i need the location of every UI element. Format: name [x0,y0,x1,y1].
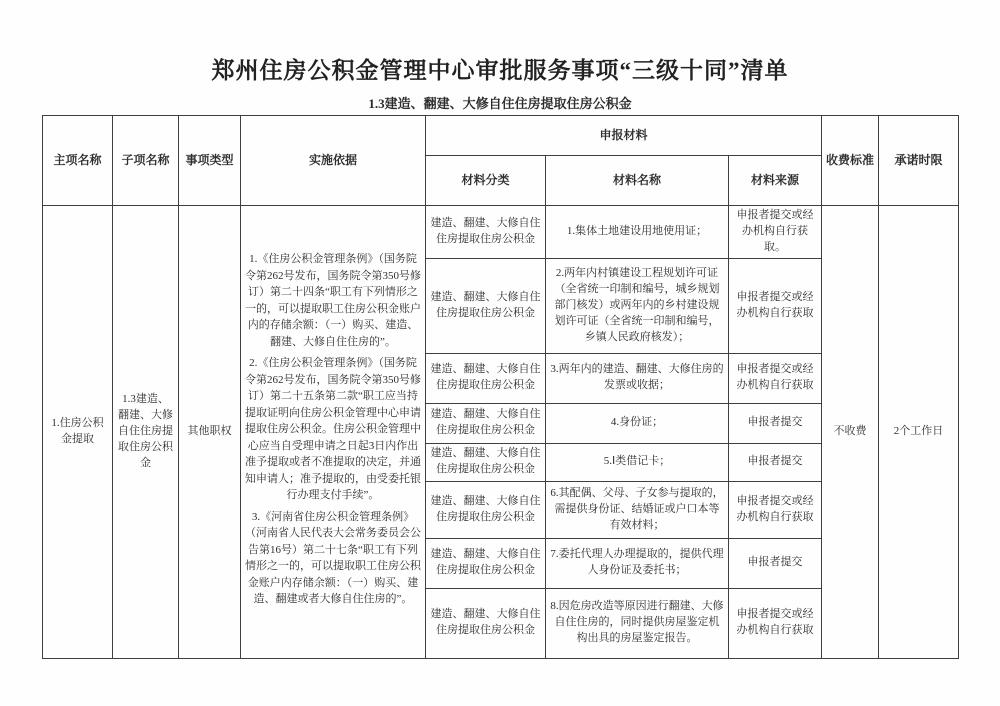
header-sub-item: 子项名称 [113,116,179,206]
material-category-cell: 建造、翻建、大修自住住房提取住房公积金 [426,403,546,443]
header-basis: 实施依据 [241,116,426,206]
document-page: 郑州住房公积金管理中心审批服务事项“三级十同”清单 1.3建造、翻建、大修自住住… [0,0,1000,706]
header-row-top: 主项名称 子项名称 事项类型 实施依据 申报材料 收费标准 承诺时限 [43,116,959,156]
material-name-cell: 4.身份证； [546,403,729,443]
time-limit-cell: 2个工作日 [879,206,959,659]
header-materials-group: 申报材料 [426,116,822,156]
main-item-cell: 1.住房公积金提取 [43,206,113,659]
material-row-1: 1.住房公积金提取 1.3建造、翻建、大修自住住房提取住房公积金 其他职权 1.… [43,206,959,259]
material-source-cell: 申报者提交 [729,538,822,588]
material-category-cell: 建造、翻建、大修自住住房提取住房公积金 [426,481,546,538]
item-type-cell: 其他职权 [179,206,241,659]
material-source-cell: 申报者提交或经办机构自行获取 [729,353,822,403]
material-source-cell: 申报者提交 [729,403,822,443]
material-category-cell: 建造、翻建、大修自住住房提取住房公积金 [426,588,546,658]
page-subtitle: 1.3建造、翻建、大修自住住房提取住房公积金 [0,93,1000,112]
fee-standard-cell: 不收费 [822,206,879,659]
header-material-source: 材料来源 [729,156,822,206]
material-category-cell: 建造、翻建、大修自住住房提取住房公积金 [426,538,546,588]
material-name-cell: 3.两年内的建造、翻建、大修住房的发票或收据； [546,353,729,403]
material-category-cell: 建造、翻建、大修自住住房提取住房公积金 [426,443,546,481]
header-time-limit: 承诺时限 [879,116,959,206]
material-name-cell: 8.因危房改造等原因进行翻建、大修自住住房的，同时提供房屋鉴定机构出具的房屋鉴定… [546,588,729,658]
header-material-category: 材料分类 [426,156,546,206]
material-category-cell: 建造、翻建、大修自住住房提取住房公积金 [426,353,546,403]
material-name-cell: 1.集体土地建设用地使用证； [546,206,729,259]
material-name-cell: 2.两年内村镇建设工程规划许可证（全省统一印制和编号，城乡规划部门核发）或两年内… [546,258,729,353]
material-source-cell: 申报者提交或经办机构自行获取。 [729,206,822,259]
material-category-cell: 建造、翻建、大修自住住房提取住房公积金 [426,206,546,259]
material-name-cell: 6.其配偶、父母、子女参与提取的，需提供身份证、结婚证或户口本等有效材料； [546,481,729,538]
basis-paragraph-2: 2.《住房公积金管理条例》（国务院令第262号发布，国务院令第350号修订）第二… [245,355,421,504]
basis-cell: 1.《住房公积金管理条例》（国务院令第262号发布，国务院令第350号修订）第二… [241,206,426,659]
page-title: 郑州住房公积金管理中心审批服务事项“三级十同”清单 [0,0,1000,85]
material-name-cell: 5.Ⅰ类借记卡； [546,443,729,481]
header-main-item: 主项名称 [43,116,113,206]
material-source-cell: 申报者提交或经办机构自行获取 [729,258,822,353]
basis-paragraph-3: 3.《河南省住房公积金管理条例》（河南省人民代表大会常务委员会公告第16号）第二… [245,509,421,608]
material-source-cell: 申报者提交或经办机构自行获取 [729,481,822,538]
material-category-cell: 建造、翻建、大修自住住房提取住房公积金 [426,258,546,353]
material-name-cell: 7.委托代理人办理提取的，提供代理人身份证及委托书； [546,538,729,588]
header-fee-standard: 收费标准 [822,116,879,206]
header-item-type: 事项类型 [179,116,241,206]
basis-paragraph-1: 1.《住房公积金管理条例》（国务院令第262号发布，国务院令第350号修订）第二… [245,251,421,350]
sub-item-cell: 1.3建造、翻建、大修自住住房提取住房公积金 [113,206,179,659]
material-source-cell: 申报者提交 [729,443,822,481]
header-material-name: 材料名称 [546,156,729,206]
service-items-table: 主项名称 子项名称 事项类型 实施依据 申报材料 收费标准 承诺时限 材料分类 … [42,115,959,659]
material-source-cell: 申报者提交或经办机构自行获取 [729,588,822,658]
